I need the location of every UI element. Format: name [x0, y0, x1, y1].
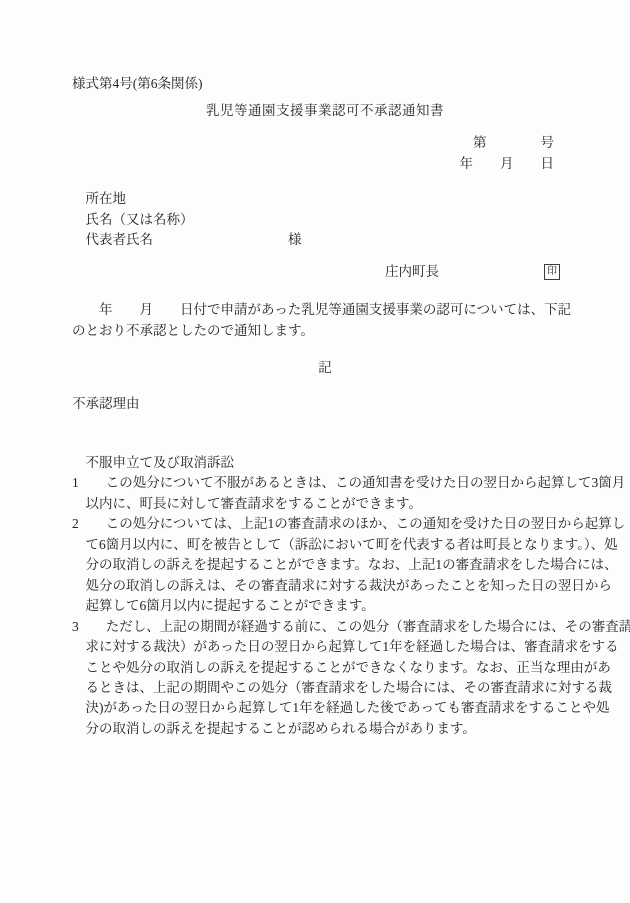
text-line: 2 この処分については、上記1の審査請求のほか、この通知を受けた日の翌日から起算… [72, 514, 630, 534]
text-line: 起算して6箇月以内に提起することができます。 [72, 596, 630, 616]
document-meta: 第 号 年 月 日 [460, 133, 555, 174]
text-line: 分の取消しの訴えを提起することができます。なお、上記1の審査請求をした場合には、 [72, 555, 630, 575]
addressee-block: 所在地 氏名（又は名称） 代表者氏名 様 [72, 189, 302, 251]
text-line: 処分の取消しの訴えは、その審査請求に対する裁決があったことを知った日の翌日から [72, 576, 630, 596]
text-line: 1 この処分について不服があるときは、この通知書を受けた日の翌日から起算して3箇… [72, 473, 630, 493]
text-line: 不服申立て及び取消訴訟 [72, 453, 630, 473]
issuer-title: 庄内町長 [385, 262, 439, 283]
text-line: 分の取消しの訴えを提起することが認められる場合があります。 [72, 719, 630, 739]
text-line: 決)があった日の翌日から起算して1年を経過した後であっても審査請求をすることや処 [72, 698, 630, 718]
appeal-instructions-section: 不服申立て及び取消訴訟1 この処分について不服があるときは、この通知書を受けた日… [72, 453, 630, 739]
text-line: ことや処分の取消しの訴えを提起することができなくなります。なお、正当な理由があ [72, 658, 630, 678]
seal-placeholder-icon: 印 [544, 264, 560, 280]
text-line: 3 ただし、上記の期間が経過する前に、この処分（審査請求をした場合には、その審査… [72, 617, 630, 637]
issuer-signature-row: 庄内町長 印 [385, 262, 560, 283]
form-number: 様式第4号(第6条関係) [72, 74, 203, 95]
document-page: 様式第4号(第6条関係) 乳児等通園支援事業認可不承認通知書 第 号 年 月 日… [0, 0, 630, 903]
notification-paragraph: 年 月 日付で申請があった乳児等通園支援事業の認可については、下記のとおり不承認… [72, 300, 571, 341]
text-line: 求に対する裁決）があった日の翌日から起算して1年を経過した場合は、審査請求をする [72, 637, 630, 657]
document-number-line: 第 号 [460, 133, 555, 154]
document-title: 乳児等通園支援事業認可不承認通知書 [72, 101, 578, 122]
text-line: 所在地 [72, 189, 302, 210]
text-line: るときは、上記の期間やこの処分（審査請求をした場合には、その審査請求に対する裁 [72, 678, 630, 698]
record-marker: 記 [72, 358, 578, 379]
disapproval-reason-heading: 不承認理由 [72, 394, 140, 415]
text-line: て6箇月以内に、町を被告として（訴訟において町を代表する者は町長となります。）、… [72, 535, 630, 555]
text-line: 年 月 日付で申請があった乳児等通園支援事業の認可については、下記 [72, 300, 571, 321]
text-line: 以内に、町長に対して審査請求をすることができます。 [72, 494, 630, 514]
document-date-line: 年 月 日 [460, 154, 555, 175]
text-line: のとおり不承認としたので通知します。 [72, 321, 571, 342]
text-line: 氏名（又は名称） [72, 210, 302, 231]
text-line: 代表者氏名 様 [72, 230, 302, 251]
